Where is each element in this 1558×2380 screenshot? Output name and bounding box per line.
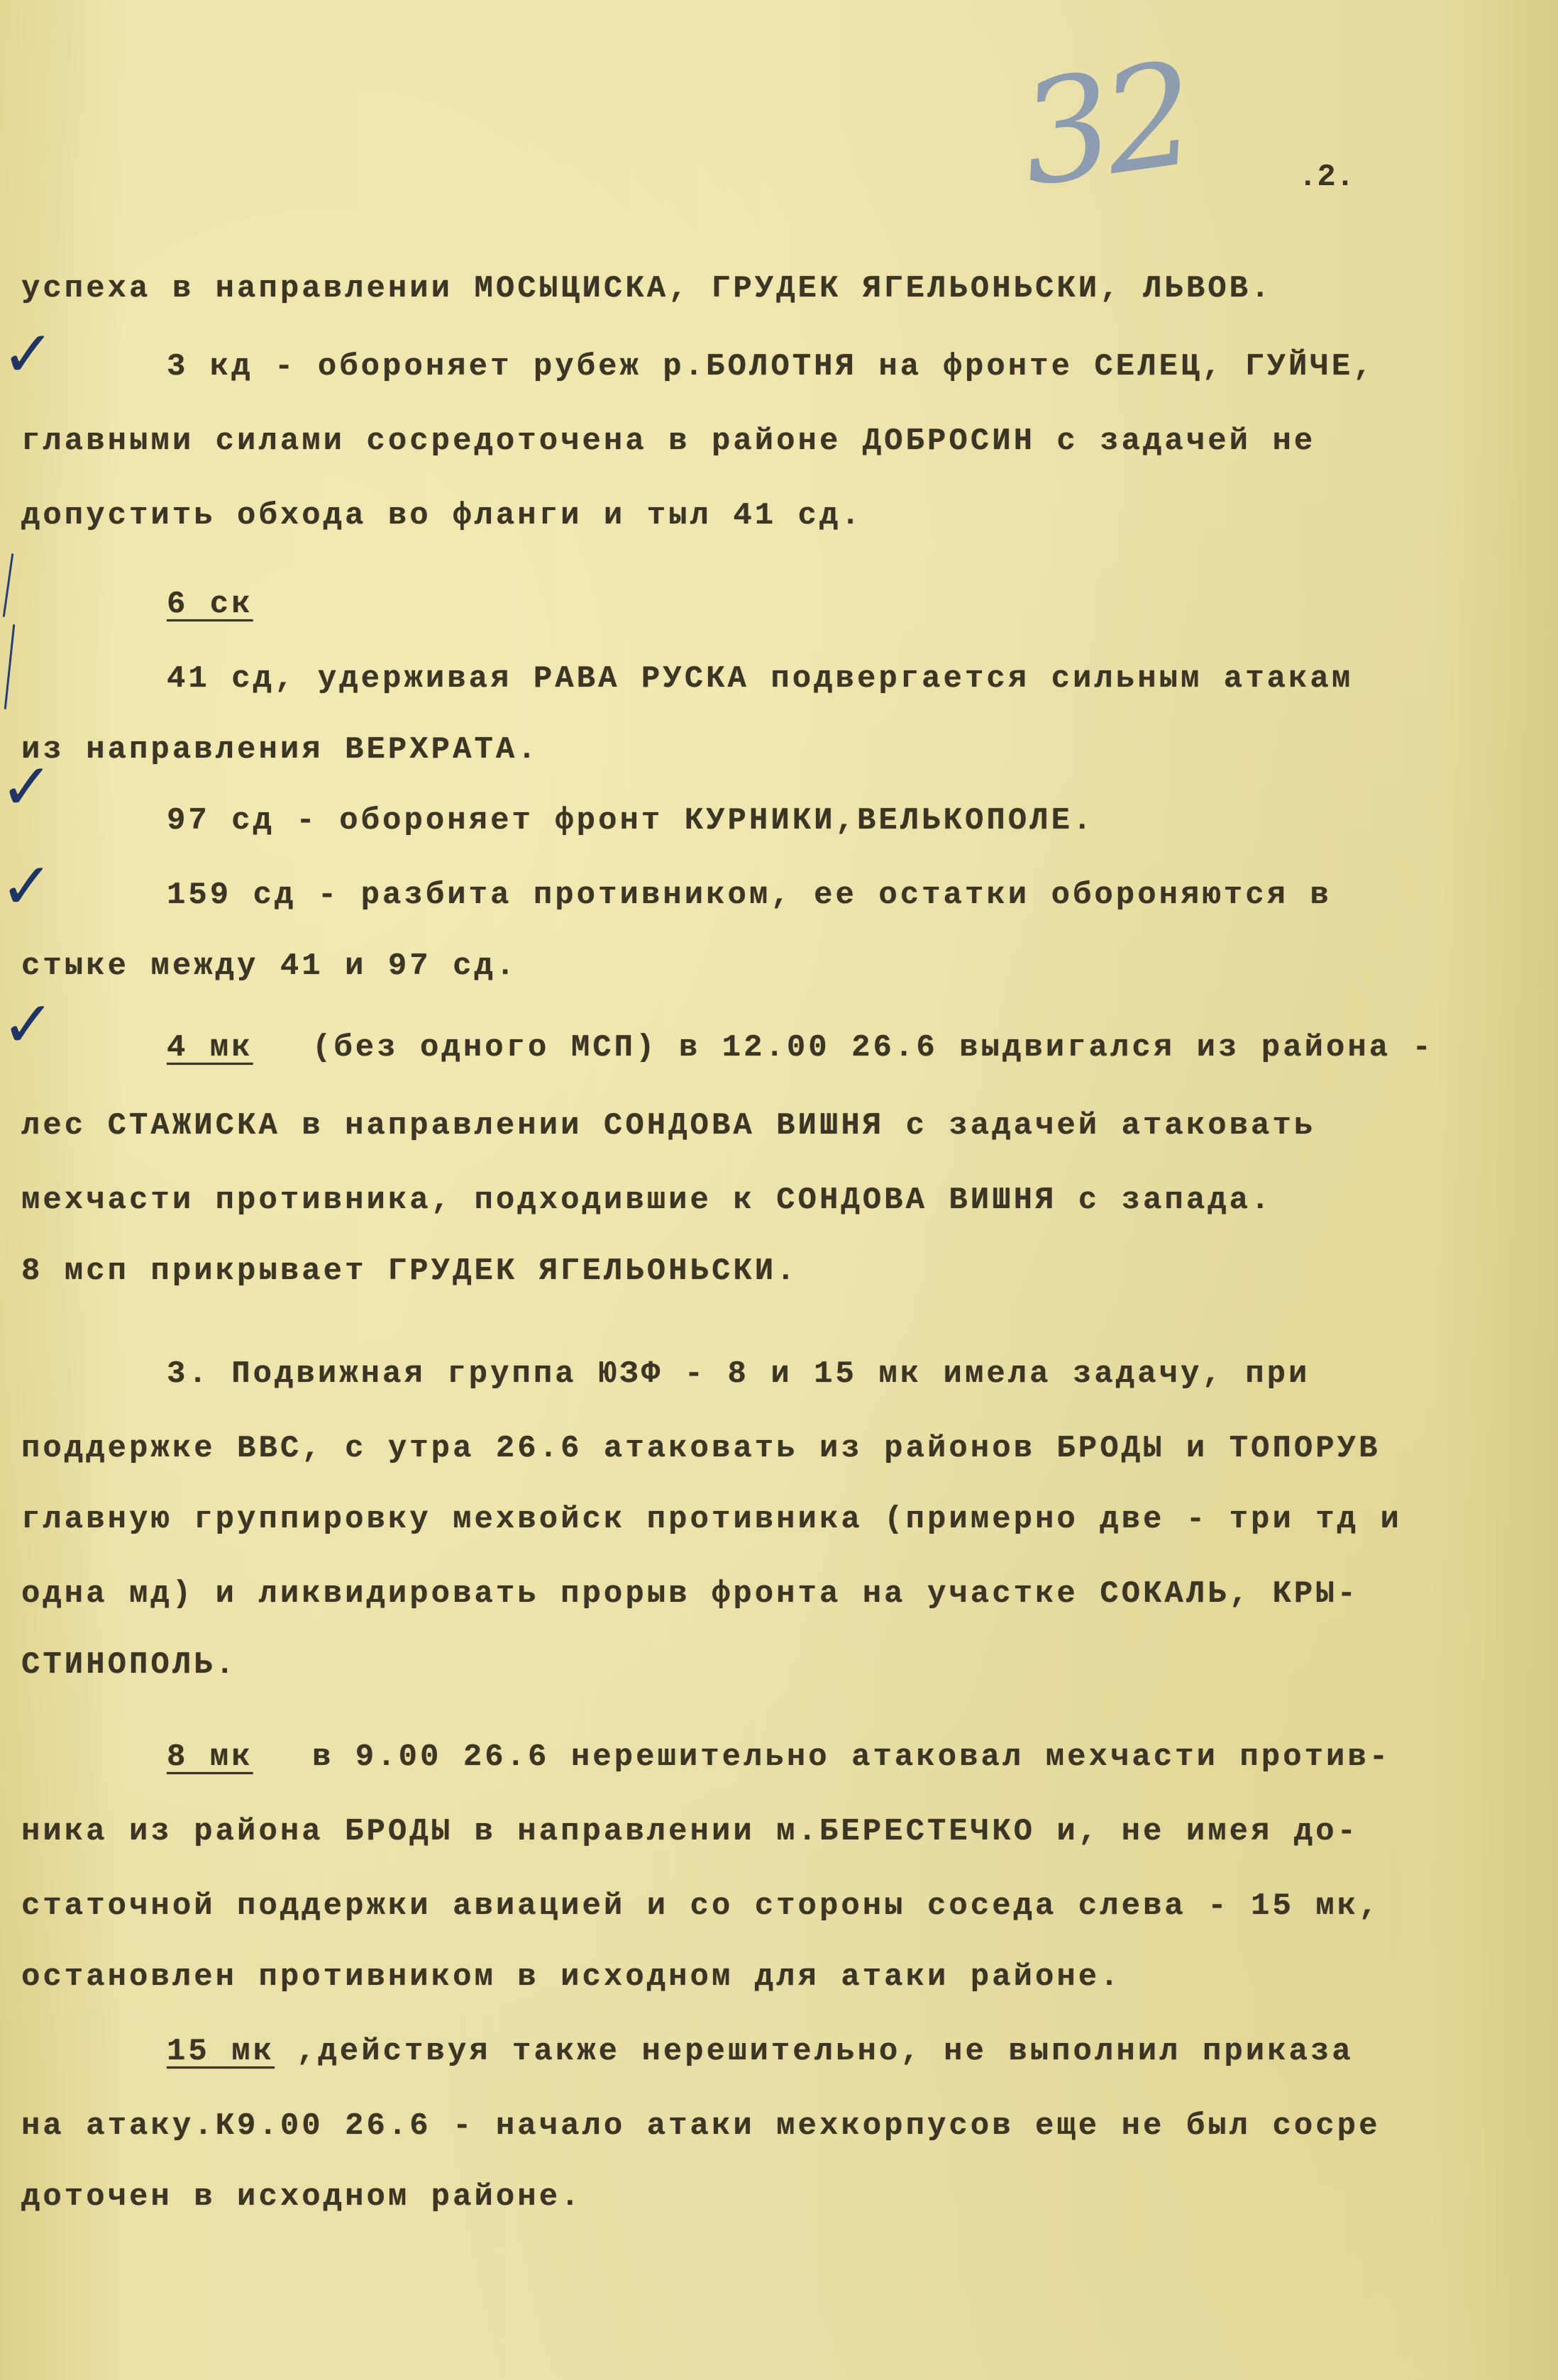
text-line: 8 мсп прикрывает ГРУДЕК ЯГЕЛЬОНЬСКИ. [21,1256,798,1287]
unit-heading-15mk: 15 мк [167,2036,275,2067]
check-mark-icon: ✓ [1,323,55,387]
text-line: из направления ВЕРХРАТА. [21,734,539,765]
text-line: успеха в направлении МОСЫЦИСКА, ГРУДЕК Я… [21,273,1272,304]
text-line: главными силами сосредоточена в районе Д… [21,426,1315,457]
text-line: (без одного МСП) в 12.00 26.6 выдвигался… [312,1032,1434,1063]
check-mark-icon: ✓ [0,855,53,919]
text-line: главную группировку мехвойск противника … [21,1504,1402,1535]
text-line: 41 сд, удерживая РАВА РУСКА подвергается… [167,663,1353,694]
margin-stroke-icon [3,553,13,617]
text-line: поддержке ВВС, с утра 26.6 атаковать из … [21,1433,1380,1464]
unit-heading-8mk: 8 мк [167,1742,253,1773]
margin-stroke-icon [4,624,16,709]
text-line: статочной поддержки авиацией и со сторон… [21,1891,1380,1922]
text-line: ника из района БРОДЫ в направлении м.БЕР… [21,1816,1359,1847]
text-line: СТИНОПОЛЬ. [21,1649,237,1681]
text-line: доточен в исходном районе. [21,2181,582,2213]
handwritten-folio-number: 32 [1011,32,1199,218]
text-line: мехчасти противника, подходившие к СОНДО… [21,1185,1272,1216]
page-number: .2. [1298,160,1354,195]
unit-heading-4mk: 4 мк [167,1032,253,1063]
text-line: остановлен противником в исходном для ат… [21,1961,1122,1993]
text-line: лес СТАЖИСКА в направлении СОНДОВА ВИШНЯ… [21,1110,1315,1141]
text-line: допустить обхода во фланги и тыл 41 сд. [21,500,863,531]
check-mark-icon: ✓ [1,993,55,1057]
text-line: 97 сд - обороняет фронт КУРНИКИ,ВЕЛЬКОПО… [167,805,1094,836]
text-line: на атаку.К9.00 26.6 - начало атаки мехко… [21,2110,1380,2142]
text-line: 3 кд - обороняет рубеж р.БОЛОТНЯ на фрон… [167,351,1375,382]
text-line: ,действуя также нерешительно, не выполни… [297,2036,1354,2067]
text-line: в 9.00 26.6 нерешительно атаковал мехчас… [312,1742,1391,1773]
document-page: 32 .2. ✓ ✓ ✓ ✓ успеха в направлении МОСЫ… [0,0,1558,2380]
text-line: 159 сд - разбита противником, ее остатки… [167,880,1332,911]
text-line: одна мд) и ликвидировать прорыв фронта н… [21,1578,1359,1610]
section-heading-6ck: 6 ск [167,589,253,620]
text-line: 3. Подвижная группа ЮЗФ - 8 и 15 мк имел… [167,1358,1310,1390]
text-line: стыке между 41 и 97 сд. [21,951,517,982]
